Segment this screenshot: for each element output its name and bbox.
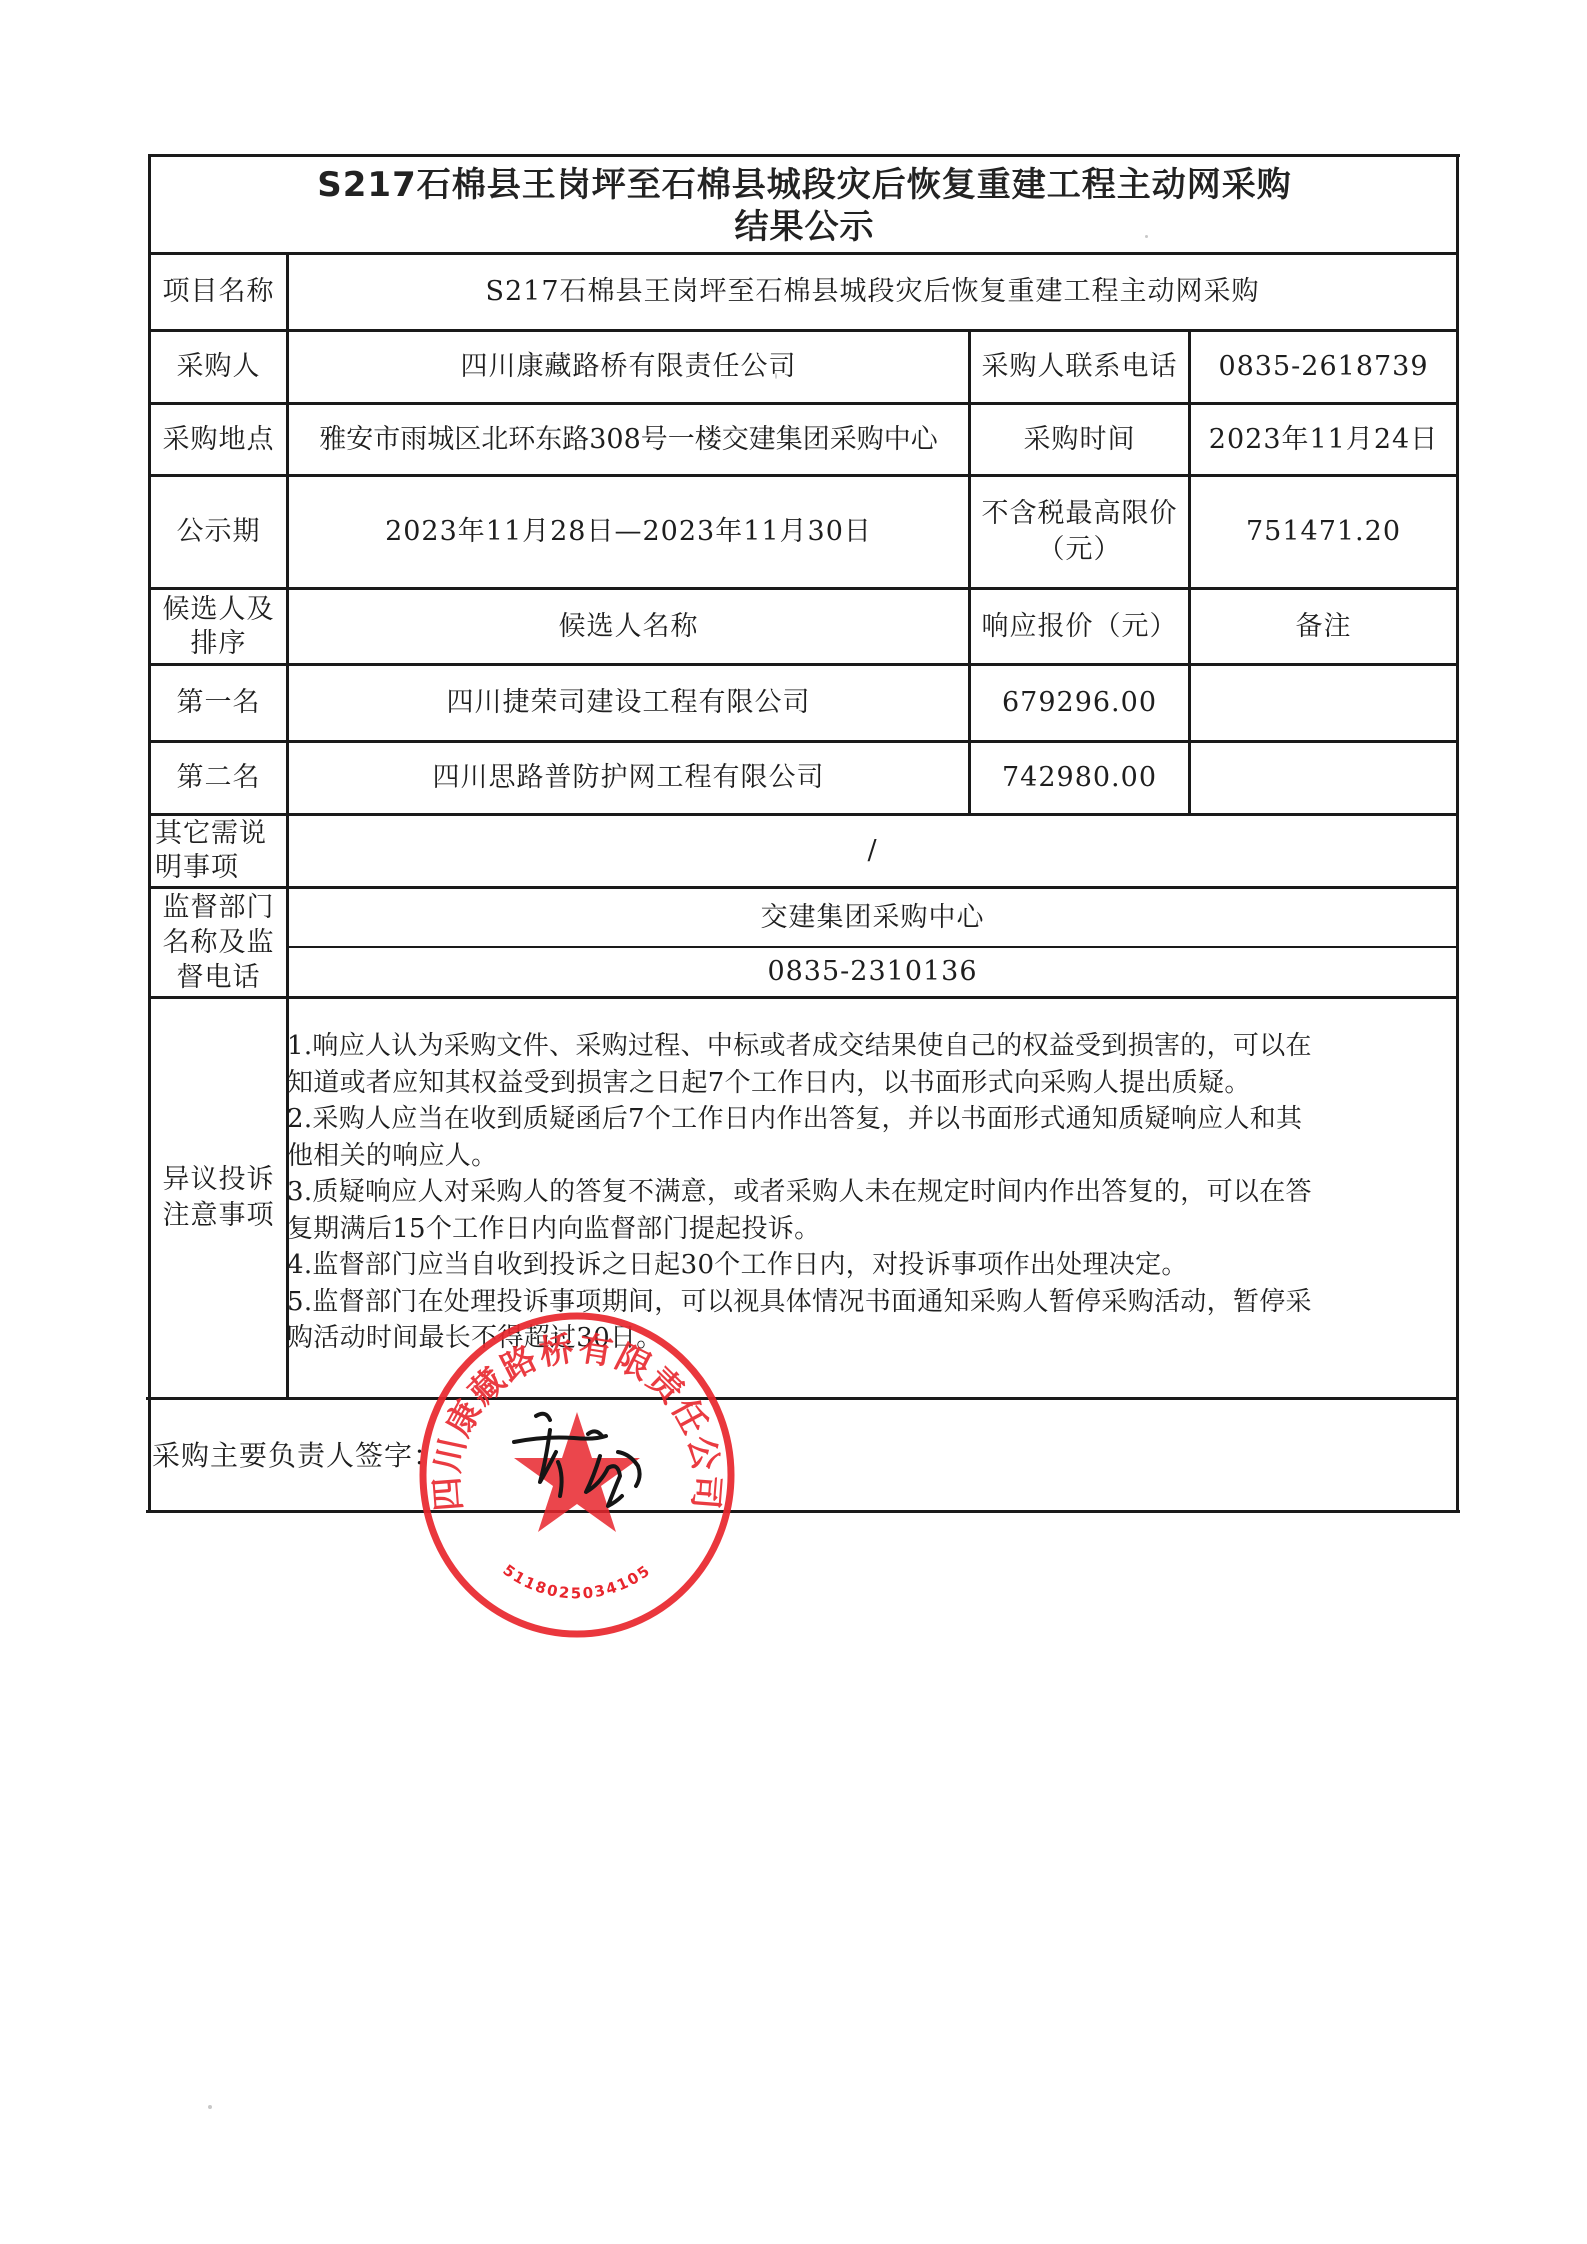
candidates-rank-label: 候选人及 排序 bbox=[151, 590, 286, 663]
note-line: 5.监督部门在处理投诉事项期间，可以视具体情况书面通知采购人暂停采购活动，暂停采 bbox=[287, 1284, 1455, 1321]
procurement-result-notice: S217石棉县王岗坪至石棉县城段灾后恢复重建工程主动网采购 结果公示 项目名称 … bbox=[0, 0, 1587, 2244]
candidate-rank: 第一名 bbox=[151, 666, 286, 740]
objection-notes: 1.响应人认为采购文件、采购过程、中标或者成交结果使自己的权益受到损害的，可以在… bbox=[287, 1028, 1455, 1357]
title-line-2: 结果公示 bbox=[735, 206, 875, 248]
row-line bbox=[146, 1397, 1458, 1400]
response-price-header: 响应报价（元） bbox=[971, 590, 1188, 663]
note-line: 购活动时间最长不得超过30日。 bbox=[287, 1320, 1455, 1357]
project-name-value: S217石棉县王岗坪至石棉县城段灾后恢复重建工程主动网采购 bbox=[289, 255, 1456, 329]
project-name-label: 项目名称 bbox=[151, 255, 286, 329]
candidate-name: 四川思路普防护网工程有限公司 bbox=[289, 743, 968, 813]
other-notes-label: 其它需说 明事项 bbox=[151, 816, 290, 886]
handwritten-signature bbox=[514, 1414, 640, 1506]
candidate-price: 679296.00 bbox=[971, 666, 1188, 740]
max-price-value: 751471.20 bbox=[1191, 477, 1456, 587]
supervision-label-line1: 监督部门 bbox=[163, 890, 275, 925]
candidates-rank-label-line2: 排序 bbox=[191, 627, 247, 661]
table-border-top bbox=[148, 154, 1460, 157]
candidate-rank: 第二名 bbox=[151, 743, 286, 813]
table-border-right bbox=[1456, 154, 1459, 1513]
scan-speck bbox=[208, 2105, 212, 2109]
table-border-bottom bbox=[146, 1510, 1460, 1513]
svg-text:5118025034105: 5118025034105 bbox=[500, 1561, 655, 1603]
candidate-remark bbox=[1191, 743, 1456, 813]
supervision-label: 监督部门 名称及监 督电话 bbox=[151, 889, 286, 996]
supervision-phone-value: 0835-2310136 bbox=[289, 948, 1456, 996]
publicity-label: 公示期 bbox=[151, 477, 286, 587]
seal-star bbox=[514, 1412, 640, 1532]
supervision-dept-value: 交建集团采购中心 bbox=[289, 889, 1456, 946]
location-label: 采购地点 bbox=[151, 405, 286, 474]
purchaser-phone-label: 采购人联系电话 bbox=[971, 332, 1188, 402]
purchase-time-value: 2023年11月24日 bbox=[1191, 405, 1456, 474]
location-value: 雅安市雨城区北环东路308号一楼交建集团采购中心 bbox=[289, 405, 968, 474]
other-notes-label-line1: 其它需说 bbox=[155, 817, 267, 851]
objection-label: 异议投诉 注意事项 bbox=[151, 999, 286, 1397]
candidate-name: 四川捷荣司建设工程有限公司 bbox=[289, 666, 968, 740]
note-line: 3.质疑响应人对采购人的答复不满意，或者采购人未在规定时间内作出答复的，可以在答 bbox=[287, 1174, 1455, 1211]
max-price-label-line2: （元） bbox=[1038, 532, 1122, 568]
objection-label-line2: 注意事项 bbox=[163, 1198, 275, 1234]
document-title: S217石棉县王岗坪至石棉县城段灾后恢复重建工程主动网采购 结果公示 bbox=[151, 158, 1458, 253]
remark-header: 备注 bbox=[1191, 590, 1456, 663]
max-price-label: 不含税最高限价 （元） bbox=[971, 477, 1188, 587]
note-line: 他相关的响应人。 bbox=[287, 1138, 1455, 1175]
other-notes-label-line2: 明事项 bbox=[155, 851, 239, 885]
candidate-remark bbox=[1191, 666, 1456, 740]
purchase-time-label: 采购时间 bbox=[971, 405, 1188, 474]
signature-label: 采购主要负责人签字： bbox=[152, 1438, 442, 1474]
row-line bbox=[148, 996, 1458, 999]
note-line: 复期满后15个工作日内向监督部门提起投诉。 bbox=[287, 1211, 1455, 1248]
note-line: 4.监督部门应当自收到投诉之日起30个工作日内，对投诉事项作出处理决定。 bbox=[287, 1247, 1455, 1284]
purchaser-label: 采购人 bbox=[151, 332, 286, 402]
other-notes-value: / bbox=[289, 816, 1456, 886]
supervision-label-line2: 名称及监 bbox=[163, 925, 275, 960]
publicity-value: 2023年11月28日—2023年11月30日 bbox=[289, 477, 968, 587]
objection-label-line1: 异议投诉 bbox=[163, 1162, 275, 1198]
title-line-1: S217石棉县王岗坪至石棉县城段灾后恢复重建工程主动网采购 bbox=[317, 164, 1291, 206]
candidate-price: 742980.00 bbox=[971, 743, 1188, 813]
official-seal-icon: 四川康藏路桥有限责任公司 5118025034105 bbox=[418, 1312, 736, 1638]
note-line: 1.响应人认为采购文件、采购过程、中标或者成交结果使自己的权益受到损害的，可以在 bbox=[287, 1028, 1455, 1065]
note-line: 2.采购人应当在收到质疑函后7个工作日内作出答复，并以书面形式通知质疑响应人和其 bbox=[287, 1101, 1455, 1138]
max-price-label-line1: 不含税最高限价 bbox=[982, 496, 1178, 532]
supervision-label-line3: 督电话 bbox=[177, 960, 261, 995]
note-line: 知道或者应知其权益受到损害之日起7个工作日内，以书面形式向采购人提出质疑。 bbox=[287, 1065, 1455, 1102]
purchaser-phone-value: 0835-2618739 bbox=[1191, 332, 1456, 402]
candidate-name-header: 候选人名称 bbox=[289, 590, 968, 663]
candidates-rank-label-line1: 候选人及 bbox=[163, 593, 275, 627]
purchaser-value: 四川康藏路桥有限责任公司 bbox=[289, 332, 968, 402]
